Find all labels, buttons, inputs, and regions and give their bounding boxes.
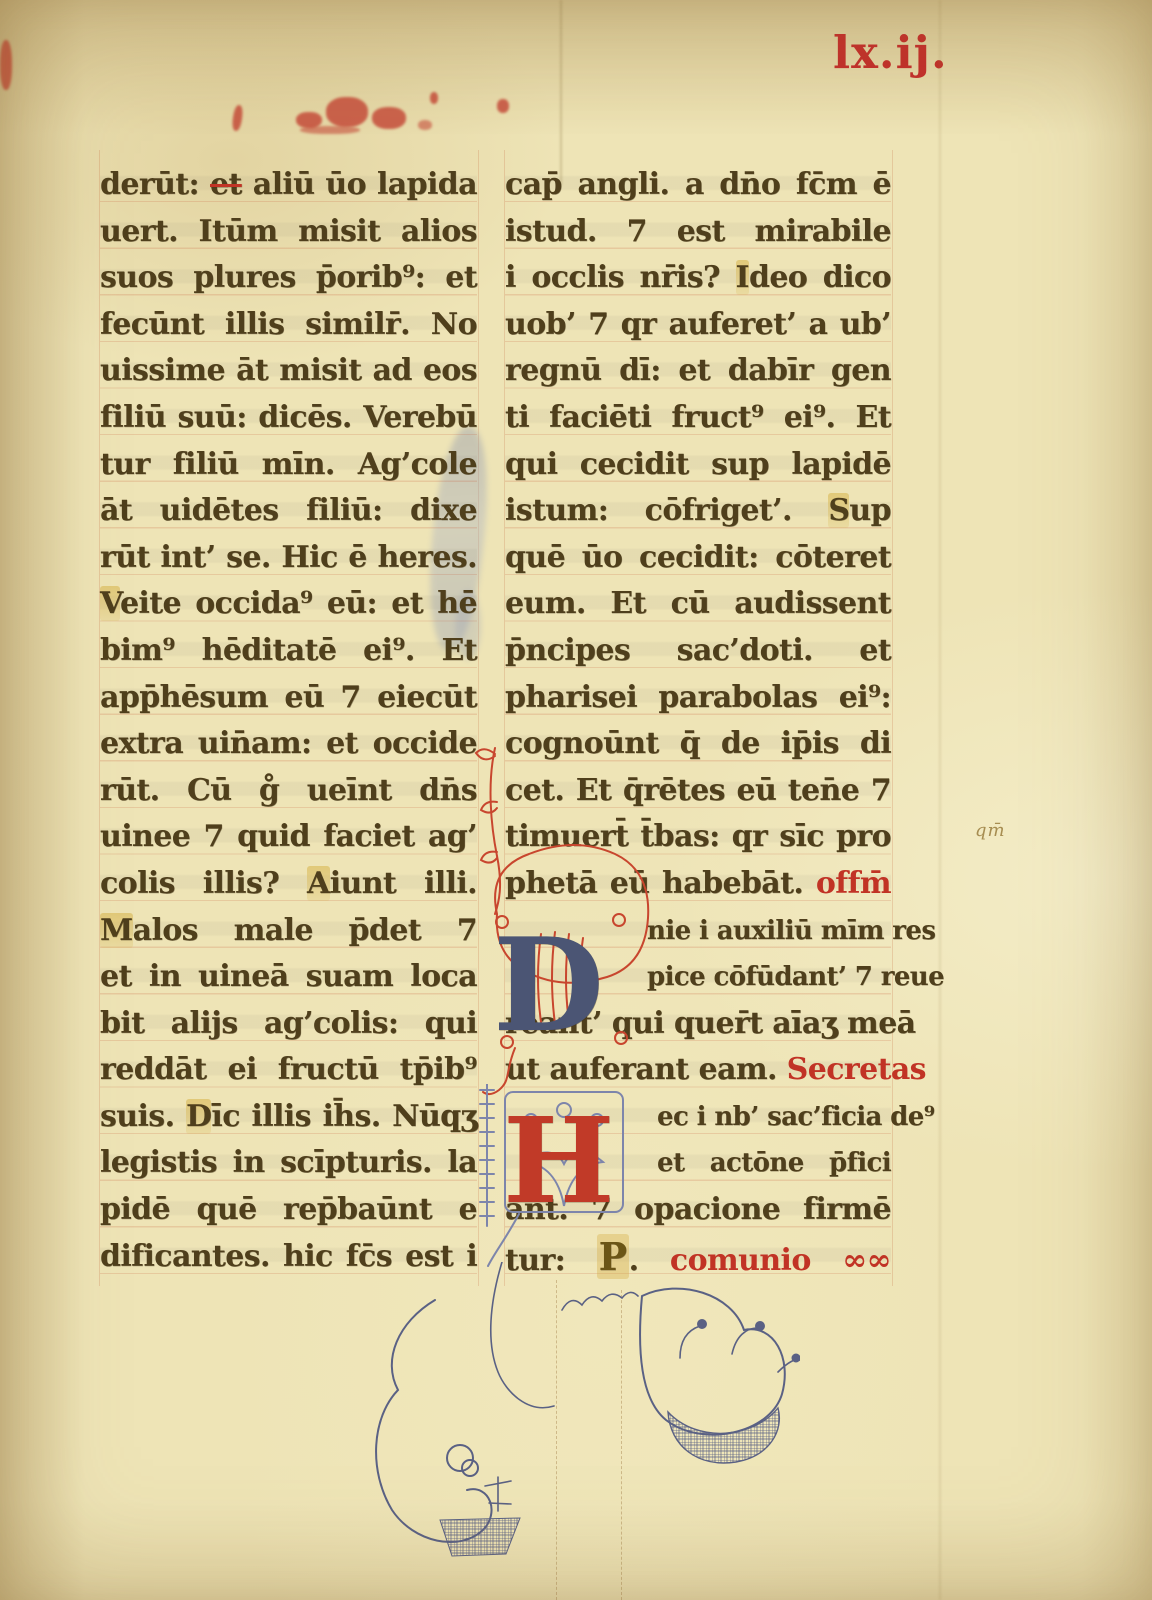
text-segment: ti faciēti fruct⁹ ei⁹. Et xyxy=(505,400,891,435)
text-segment: rūt. Cū g̊ ueīnt dn̄s xyxy=(100,773,477,808)
text-segment: reant’ qui quer̄t aīaʒ meā xyxy=(505,1006,916,1041)
text-line-left-7: tur filiū mīn. Ag’cole xyxy=(100,442,477,489)
text-segment-cap: A xyxy=(307,866,330,901)
text-line-left-6: filiū suū: dicēs. Verebū xyxy=(100,395,477,442)
text-line-left-11: bim⁹ hēditatē ei⁹. Et xyxy=(100,628,477,675)
fold-crease xyxy=(939,0,941,1600)
text-line-right-1: cap̄ angli. a dn̄o fc̄m ē xyxy=(505,162,891,209)
red-smudge xyxy=(430,92,438,104)
text-segment: suis. xyxy=(100,1099,186,1134)
text-segment: tur filiū mīn. Ag’cole xyxy=(100,447,477,482)
text-line-left-23: pidē quē rep̄baūnt e xyxy=(100,1187,477,1234)
text-segment: cap̄ angli. a dn̄o fc̄m ē xyxy=(505,167,891,202)
text-line-left-14: rūt. Cū g̊ ueīnt dn̄s xyxy=(100,768,477,815)
text-segment: istud. 7 est mirabile xyxy=(505,214,891,249)
text-line-right-13: cognoūnt q̄ de ip̄is di xyxy=(505,721,891,768)
text-line-right-18: pice cōfūdant’ 7 reue xyxy=(505,954,891,1001)
text-line-left-3: suos plures p̄orib⁹: et xyxy=(100,255,477,302)
red-smudge xyxy=(0,40,12,90)
pen-doodle xyxy=(340,1262,800,1562)
text-segment-cap: V xyxy=(100,586,120,621)
text-line-right-2: istud. 7 est mirabile xyxy=(505,209,891,256)
text-segment: eum. Et cū audissent xyxy=(505,586,891,621)
text-segment: i occlis nr̄is? xyxy=(505,260,736,295)
red-smudge xyxy=(300,126,360,134)
text-line-right-16: phetā eū habebāt. offm̄ xyxy=(505,861,891,908)
text-line-right-19: reant’ qui quer̄t aīaʒ meā xyxy=(505,1001,891,1048)
text-segment: p̄ncipes sac’doti. et xyxy=(505,633,891,668)
text-segment-cap: S xyxy=(828,493,849,528)
text-segment-red: offm̄ xyxy=(816,866,891,901)
doodle-stem xyxy=(491,1262,554,1408)
text-segment: colis illis? xyxy=(100,866,307,901)
text-line-right-14: cet. Et q̄rētes eū ten̄e 7 xyxy=(505,768,891,815)
text-segment: pidē quē rep̄baūnt e xyxy=(100,1192,477,1227)
text-line-left-15: uinee 7 quid faciet ag’ xyxy=(100,814,477,861)
text-segment: fecūnt illis similr̄. No xyxy=(100,307,477,342)
text-segment: qui cecidit sup lapidē xyxy=(505,447,891,482)
text-line-left-22: legistis in scīpturis. la xyxy=(100,1140,477,1187)
text-line-right-15: timuert̄ t̄bas: qr sīc pro xyxy=(505,814,891,861)
text-segment: uert. Itūm misit alios xyxy=(100,214,477,249)
text-segment: ec i nb’ sac’ficia de⁹ xyxy=(657,1102,935,1132)
text-column-right: cap̄ angli. a dn̄o fc̄m ēistud. 7 est mi… xyxy=(505,162,891,1284)
red-smudge xyxy=(231,105,244,132)
text-segment: cognoūnt q̄ de ip̄is di xyxy=(505,726,891,761)
red-smudge xyxy=(326,97,368,127)
folio-number: lx.ij. xyxy=(833,26,973,106)
text-line-left-2: uert. Itūm misit alios xyxy=(100,209,477,256)
text-segment-cap: M xyxy=(100,913,133,948)
text-segment-red: Secretas xyxy=(787,1052,926,1087)
text-line-right-20: ut auferant eam. Secretas xyxy=(505,1047,891,1094)
text-line-left-9: rūt int’ se. Hic ē heres. xyxy=(100,535,477,582)
text-segment: et in uineā suam loca xyxy=(100,959,477,994)
red-smudge xyxy=(497,99,509,113)
text-segment: iunt illi. xyxy=(330,866,477,901)
text-segment: uob’ 7 qr auferet’ a ub’ xyxy=(505,307,891,342)
text-segment: suos plures p̄orib⁹: et xyxy=(100,260,477,295)
text-line-left-20: reddāt ei fructū tp̄ib⁹ xyxy=(100,1047,477,1094)
text-line-right-7: qui cecidit sup lapidē xyxy=(505,442,891,489)
text-segment: bim⁹ hēditatē ei⁹. Et xyxy=(100,633,477,668)
text-line-right-21: ec i nb’ sac’ficia de⁹ xyxy=(505,1094,891,1141)
text-segment: phetā eū habebāt. xyxy=(505,866,816,901)
text-segment-cap: D xyxy=(186,1099,211,1134)
text-segment: cet. Et q̄rētes eū ten̄e 7 xyxy=(505,773,891,808)
text-segment: et actōne p̄fici xyxy=(657,1148,891,1178)
text-line-right-22: et actōne p̄fici xyxy=(505,1140,891,1187)
text-segment: regnū dī: et dabīr gen xyxy=(505,353,891,388)
text-segment: rūt int’ se. Hic ē heres. xyxy=(100,540,477,575)
text-line-left-5: uissime āt misit ad eos xyxy=(100,348,477,395)
fold-crease xyxy=(560,0,562,185)
manuscript-page: lx.ij. derūt: et aliū ūo lapidauert. Itū… xyxy=(0,0,1152,1600)
text-line-right-12: pharisei parabolas ei⁹: xyxy=(505,675,891,722)
text-line-left-17: Malos male p̄det 7 xyxy=(100,908,477,955)
text-segment-cap: I xyxy=(736,260,749,295)
text-segment: timuert̄ t̄bas: qr sīc pro xyxy=(505,819,891,854)
text-segment: quē ūo cecidit: cōteret xyxy=(505,540,891,575)
text-segment: deo dico xyxy=(749,260,891,295)
text-segment: filiū suū: dicēs. Verebū xyxy=(100,400,477,435)
text-segment: extra uin̄am: et occide xyxy=(100,726,477,761)
red-smudge xyxy=(418,120,432,130)
text-segment: āt uidētes filiū: dixe xyxy=(100,493,477,528)
text-segment: pice cōfūdant’ 7 reue xyxy=(647,962,944,992)
text-line-left-8: āt uidētes filiū: dixe xyxy=(100,488,477,535)
text-line-left-13: extra uin̄am: et occide xyxy=(100,721,477,768)
text-segment: pharisei parabolas ei⁹: xyxy=(505,680,891,715)
text-line-left-12: app̄hēsum eū 7 eiecūt xyxy=(100,675,477,722)
text-line-right-17: nie i auxiliū mīm res xyxy=(505,908,891,955)
text-line-right-23: ant. 7 opacione firmē xyxy=(505,1187,891,1234)
text-line-right-8: istum: cōfriget’. Sup xyxy=(505,488,891,535)
text-line-right-6: ti faciēti fruct⁹ ei⁹. Et xyxy=(505,395,891,442)
text-segment: istum: cōfriget’. xyxy=(505,493,828,528)
text-segment-strike: et xyxy=(210,167,242,202)
text-line-left-10: Veite occida⁹ eū: et hē xyxy=(100,581,477,628)
text-line-right-9: quē ūo cecidit: cōteret xyxy=(505,535,891,582)
text-line-left-21: suis. Dīc illis ih̄s. Nūqʒ xyxy=(100,1094,477,1141)
margin-note: qm̄ xyxy=(975,820,1006,841)
text-segment: aliū ūo lapida xyxy=(242,167,477,202)
text-segment: uinee 7 quid faciet ag’ xyxy=(100,819,477,854)
red-smudge xyxy=(372,107,406,129)
text-line-left-4: fecūnt illis similr̄. No xyxy=(100,302,477,349)
text-column-left: derūt: et aliū ūo lapidauert. Itūm misit… xyxy=(100,162,477,1284)
text-line-left-19: bit alijs ag’colis: qui xyxy=(100,1001,477,1048)
text-line-right-3: i occlis nr̄is? Ideo dico xyxy=(505,255,891,302)
text-segment: uissime āt misit ad eos xyxy=(100,353,477,388)
text-segment: eite occida⁹ eū: et hē xyxy=(120,586,477,621)
text-line-right-11: p̄ncipes sac’doti. et xyxy=(505,628,891,675)
text-segment: nie i auxiliū mīm res xyxy=(647,916,935,946)
text-line-left-18: et in uineā suam loca xyxy=(100,954,477,1001)
text-segment: legistis in scīpturis. la xyxy=(100,1145,477,1180)
text-line-right-4: uob’ 7 qr auferet’ a ub’ xyxy=(505,302,891,349)
text-segment: app̄hēsum eū 7 eiecūt xyxy=(100,680,477,715)
text-line-right-5: regnū dī: et dabīr gen xyxy=(505,348,891,395)
text-segment: ut auferant eam. xyxy=(505,1052,787,1087)
ruling-line xyxy=(478,150,479,1286)
text-segment: alos male p̄det 7 xyxy=(133,913,477,948)
text-line-right-10: eum. Et cū audissent xyxy=(505,581,891,628)
text-segment: derūt: xyxy=(100,167,210,202)
text-line-left-1: derūt: et aliū ūo lapida xyxy=(100,162,477,209)
text-segment: reddāt ei fructū tp̄ib⁹ xyxy=(100,1052,477,1087)
text-line-left-16: colis illis? Aiunt illi. xyxy=(100,861,477,908)
text-segment: bit alijs ag’colis: qui xyxy=(100,1006,477,1041)
text-segment: ant. 7 opacione firmē xyxy=(505,1192,891,1227)
text-segment: īc illis ih̄s. Nūqʒ xyxy=(211,1099,477,1134)
text-segment: up xyxy=(849,493,891,528)
